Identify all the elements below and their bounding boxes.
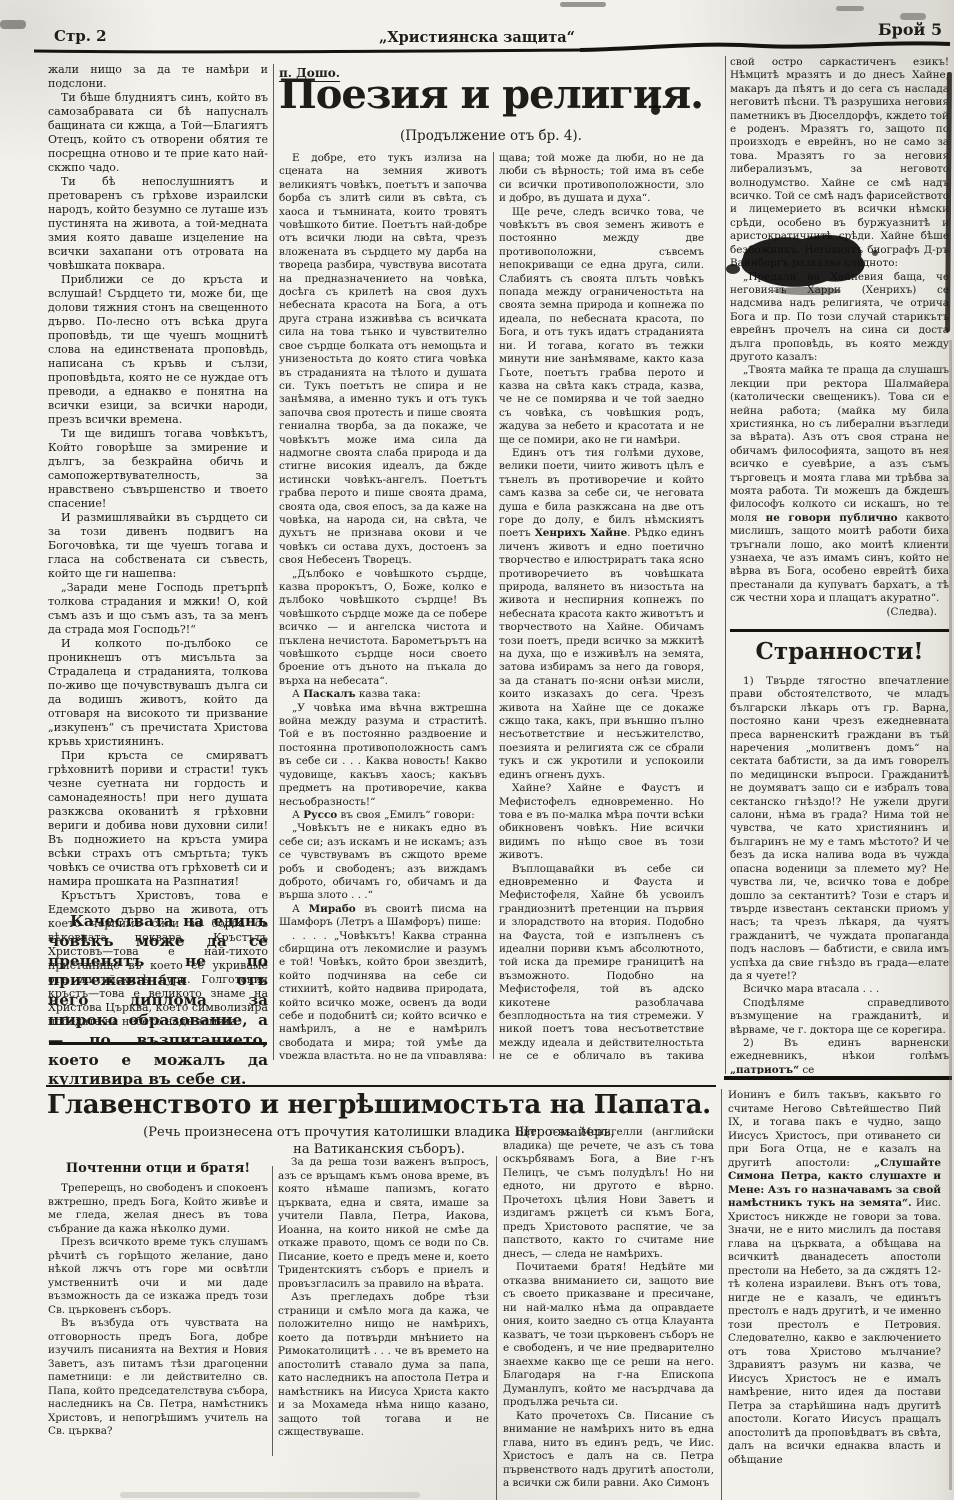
paragraph: Ионинъ е билъ такъвъ, какъвто го считаме… bbox=[728, 1089, 941, 1467]
paragraph: За да реша този важенъ въпросъ, азъ се в… bbox=[278, 1156, 489, 1291]
ink-dot bbox=[651, 105, 660, 115]
paragraph: При кръста се смиряватъ грѣховнитѣ порив… bbox=[48, 749, 268, 889]
column-rule bbox=[721, 1089, 722, 1500]
article-subtitle: (Продължение отъ бр. 4). bbox=[277, 128, 705, 144]
column-rule bbox=[272, 1166, 273, 1456]
paragraph: Въ възбуда отъ чувствата на отговорность… bbox=[48, 1317, 268, 1439]
paragraph: 2) Въ единъ варненски ежедневникъ, нѣкои… bbox=[730, 1037, 949, 1074]
scan-edge-artifact bbox=[945, 72, 952, 332]
bottom-column-4: Ионинъ е билъ такъвъ, какъвто го считаме… bbox=[728, 1089, 941, 1498]
column-rule bbox=[725, 56, 726, 1074]
paragraph: Ти бѣ непослушниятъ и претоваренъ съ грѣ… bbox=[48, 175, 268, 273]
paragraph: Азъ прегледахъ добре тѣзи страници и смѣ… bbox=[278, 1291, 489, 1440]
paragraph: . . . . „Човѣкътъ! Каква странна сбирщин… bbox=[279, 930, 487, 1059]
bottom-column-2: За да реша този важенъ въпросъ, азъ се в… bbox=[278, 1156, 489, 1498]
column-rule bbox=[496, 1156, 497, 1500]
article-column-2: щава; той може да люби, но не да люби съ… bbox=[499, 152, 704, 1059]
divider bbox=[46, 1085, 716, 1087]
oddities-title: Странности! bbox=[730, 638, 949, 665]
article-title: Поезия и религия. bbox=[277, 74, 705, 116]
paragraph: 1) Твърде тягостно впечатление прави обс… bbox=[730, 675, 949, 983]
salutation: Почтенни отци и братя! bbox=[48, 1161, 268, 1176]
column-rule bbox=[493, 152, 494, 1059]
paragraph: Треперещъ, но свободенъ и спокоенъ вжтре… bbox=[48, 1182, 268, 1236]
paragraph: Почитаеми братя! Недѣйте ми отказва вним… bbox=[503, 1261, 714, 1410]
paragraph: И размишлявайки въ сърдцето си за този д… bbox=[48, 511, 268, 581]
paragraph: Хайне? Хайне е Фаустъ и Мефистофелъ едно… bbox=[499, 782, 704, 862]
paragraph: „Дълбоко е човѣшкото сърдце, казва проро… bbox=[279, 568, 487, 689]
paragraph: „Твоята майка те праща да слушашъ лекции… bbox=[730, 364, 949, 605]
bottom-column-1: Треперещъ, но свободенъ и спокоенъ вжтре… bbox=[48, 1182, 268, 1498]
scan-speck bbox=[0, 20, 26, 29]
paragraph: Приближи се до кръста и вслушай! Сърдцет… bbox=[48, 273, 268, 427]
right-column: свой остро саркастиченъ езикъ! Нѣмцитѣ м… bbox=[730, 56, 949, 626]
bottom-column-3: Вие, г-нъ Монигелли (английски владика) … bbox=[503, 1126, 714, 1498]
emphasis-block: Качествата на единъ човѣкъ може да се пр… bbox=[48, 912, 268, 1090]
paragraph: Сподѣляме справедливото възмущение на гр… bbox=[730, 997, 949, 1037]
paragraph: Въплощавайки въ себе си едновременно и Ф… bbox=[499, 863, 704, 1059]
scan-speck bbox=[120, 1492, 420, 1498]
divider bbox=[724, 1076, 952, 1080]
paragraph: жали нищо за да те намѣри и подслони. bbox=[48, 63, 268, 91]
paragraph: Ти ще видишъ тогава човѣкътъ, Който гово… bbox=[48, 427, 268, 511]
paragraph: Като прочетохъ Св. Писание съ внимание н… bbox=[503, 1410, 714, 1491]
emphasis-paragraph: Качествата на единъ човѣкъ може да се пр… bbox=[48, 912, 268, 1090]
oddities-body: 1) Твърде тягостно впечатление прави обс… bbox=[730, 675, 949, 1074]
paragraph: щава; той може да люби, но не да люби съ… bbox=[499, 152, 704, 206]
paragraph: А Руссо въ своя „Емилъ“ говори: bbox=[279, 809, 487, 822]
divider bbox=[730, 629, 949, 632]
paragraph: Единъ отъ тия голѣми духове, велики поет… bbox=[499, 447, 704, 782]
paragraph: Ще рече, следъ всичко това, че човѣкътъ … bbox=[499, 206, 704, 447]
scan-speck bbox=[836, 6, 864, 11]
paragraph: А Мирабо въ своитѣ писма на Шамфоръ (Лет… bbox=[279, 903, 487, 930]
continuation-note: (Следва). bbox=[730, 606, 949, 619]
scan-speck bbox=[560, 2, 606, 7]
article-column-1: Е добре, ето тукъ излиза на сцената на з… bbox=[279, 152, 487, 1059]
paragraph: Ти бѣше блудниятъ синъ, който въ самозаб… bbox=[48, 91, 268, 175]
paragraph: „Човѣкътъ не е никакъ едно въ себе си; а… bbox=[279, 822, 487, 902]
paragraph: А Паскалъ казва така: bbox=[279, 688, 487, 701]
ink-blot bbox=[715, 225, 895, 303]
scan-speck bbox=[900, 13, 926, 20]
bottom-article-title: Главенството и негрѣшимостьта на Папата. bbox=[40, 1090, 718, 1120]
newspaper-page: Стр. 2 „Християнска защита“ Брой 5 жали … bbox=[0, 0, 954, 1500]
scan-edge-artifact bbox=[949, 340, 952, 1490]
paragraph: Е добре, ето тукъ излиза на сцената на з… bbox=[279, 152, 487, 568]
paragraph: Презъ всичкото време тукъ слушамъ рѣчитѣ… bbox=[48, 1236, 268, 1317]
header-rule bbox=[0, 0, 954, 58]
column-rule bbox=[273, 64, 274, 1060]
oddities-section: Странности! 1) Твърде тягостно впечатлен… bbox=[730, 636, 949, 1074]
paragraph: И колкото по-дълбоко се проникнешъ отъ м… bbox=[48, 637, 268, 749]
paragraph: „Заради мене Господь претърпѣ толкова ст… bbox=[48, 581, 268, 637]
paragraph: Вие, г-нъ Монигелли (английски владика) … bbox=[503, 1126, 714, 1261]
paragraph: „У човѣка има вѣчна вжтрешна война между… bbox=[279, 702, 487, 809]
paragraph: Всичко мара втасала . . . bbox=[730, 983, 949, 996]
